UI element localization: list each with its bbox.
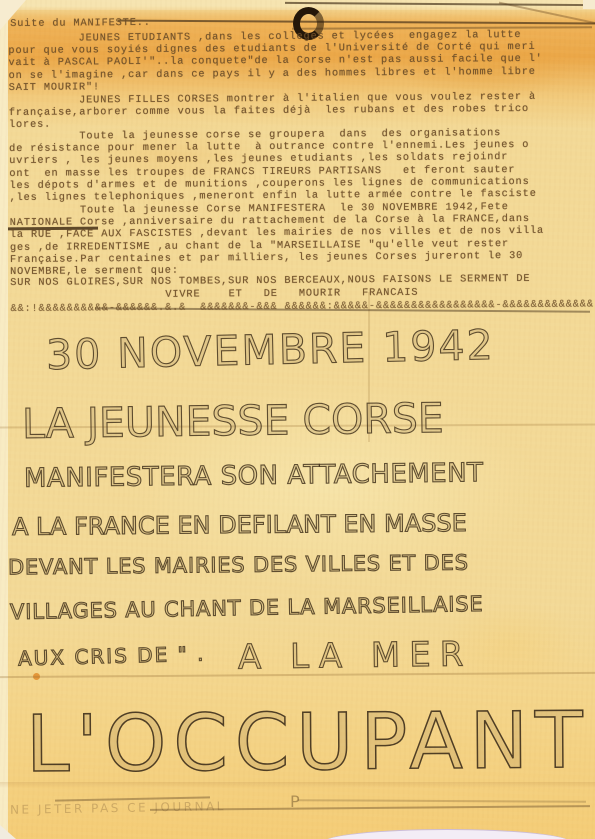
headline-date: 30 NOVEMBRE 1942 xyxy=(46,321,496,379)
typed-paragraph-jeunes-filles: JEUNES FILLES CORSES montrer à l'italien… xyxy=(9,91,536,132)
headline-devant-les-mairies: DEVANT LES MAIRIES DES VILLES ET DES xyxy=(8,551,469,580)
headline-a-la-mer: A LA MER xyxy=(238,634,473,677)
pencil-letter-mark: P xyxy=(290,792,300,811)
scan-background-sliver-bottom-left xyxy=(0,825,16,839)
typed-paragraph-organisations: Toute la jeunesse corse se groupera dans… xyxy=(9,127,537,204)
footer-faint-note: NE JETER PAS CE JOURNAL xyxy=(10,799,226,817)
headline-aux-cris-de: AUX CRIS DE " . xyxy=(18,642,206,671)
scan-background-sliver-bottom xyxy=(323,829,571,839)
typed-paragraph-manifestation: Toute la jeunesse Corse MANIFESTERA le 3… xyxy=(10,201,545,278)
typed-text-block: Suite du MANIFESTE.. JEUNES ETUDIANTS ,d… xyxy=(8,0,595,330)
headline-manifestera: MANIFESTERA SON ATTACHEMENT xyxy=(24,458,484,494)
typed-paragraph-jeunes-etudiants: JEUNES ETUDIANTS ,dans les colleges et l… xyxy=(8,29,543,94)
paper-corner-top-right xyxy=(583,0,595,9)
headline-a-la-france: A LA FRANCE EN DEFILANT EN MASSE xyxy=(12,509,467,541)
headline-villages-marseillaise: VILLAGES AU CHANT DE LA MARSEILLAISE xyxy=(10,592,484,624)
paper-left-edge xyxy=(0,0,8,839)
ink-dot xyxy=(33,673,40,680)
document-subtitle: Suite du MANIFESTE.. xyxy=(10,17,151,30)
typed-separator-row: &&:!&&&&&&&&&&-&&&&&&.&.& &&&&&&&-&&& &&… xyxy=(10,298,594,315)
oath-center-line: VIVRE ET DE MOURIR FRANCAIS xyxy=(165,287,418,301)
pencil-stroke xyxy=(298,799,586,802)
headline-la-jeunesse-corse: LA JEUNESSE CORSE xyxy=(22,394,444,448)
scanned-document-page: Suite du MANIFESTE.. JEUNES ETUDIANTS ,d… xyxy=(0,0,595,839)
headline-l-occupant: L'OCCUPANT xyxy=(26,696,590,790)
